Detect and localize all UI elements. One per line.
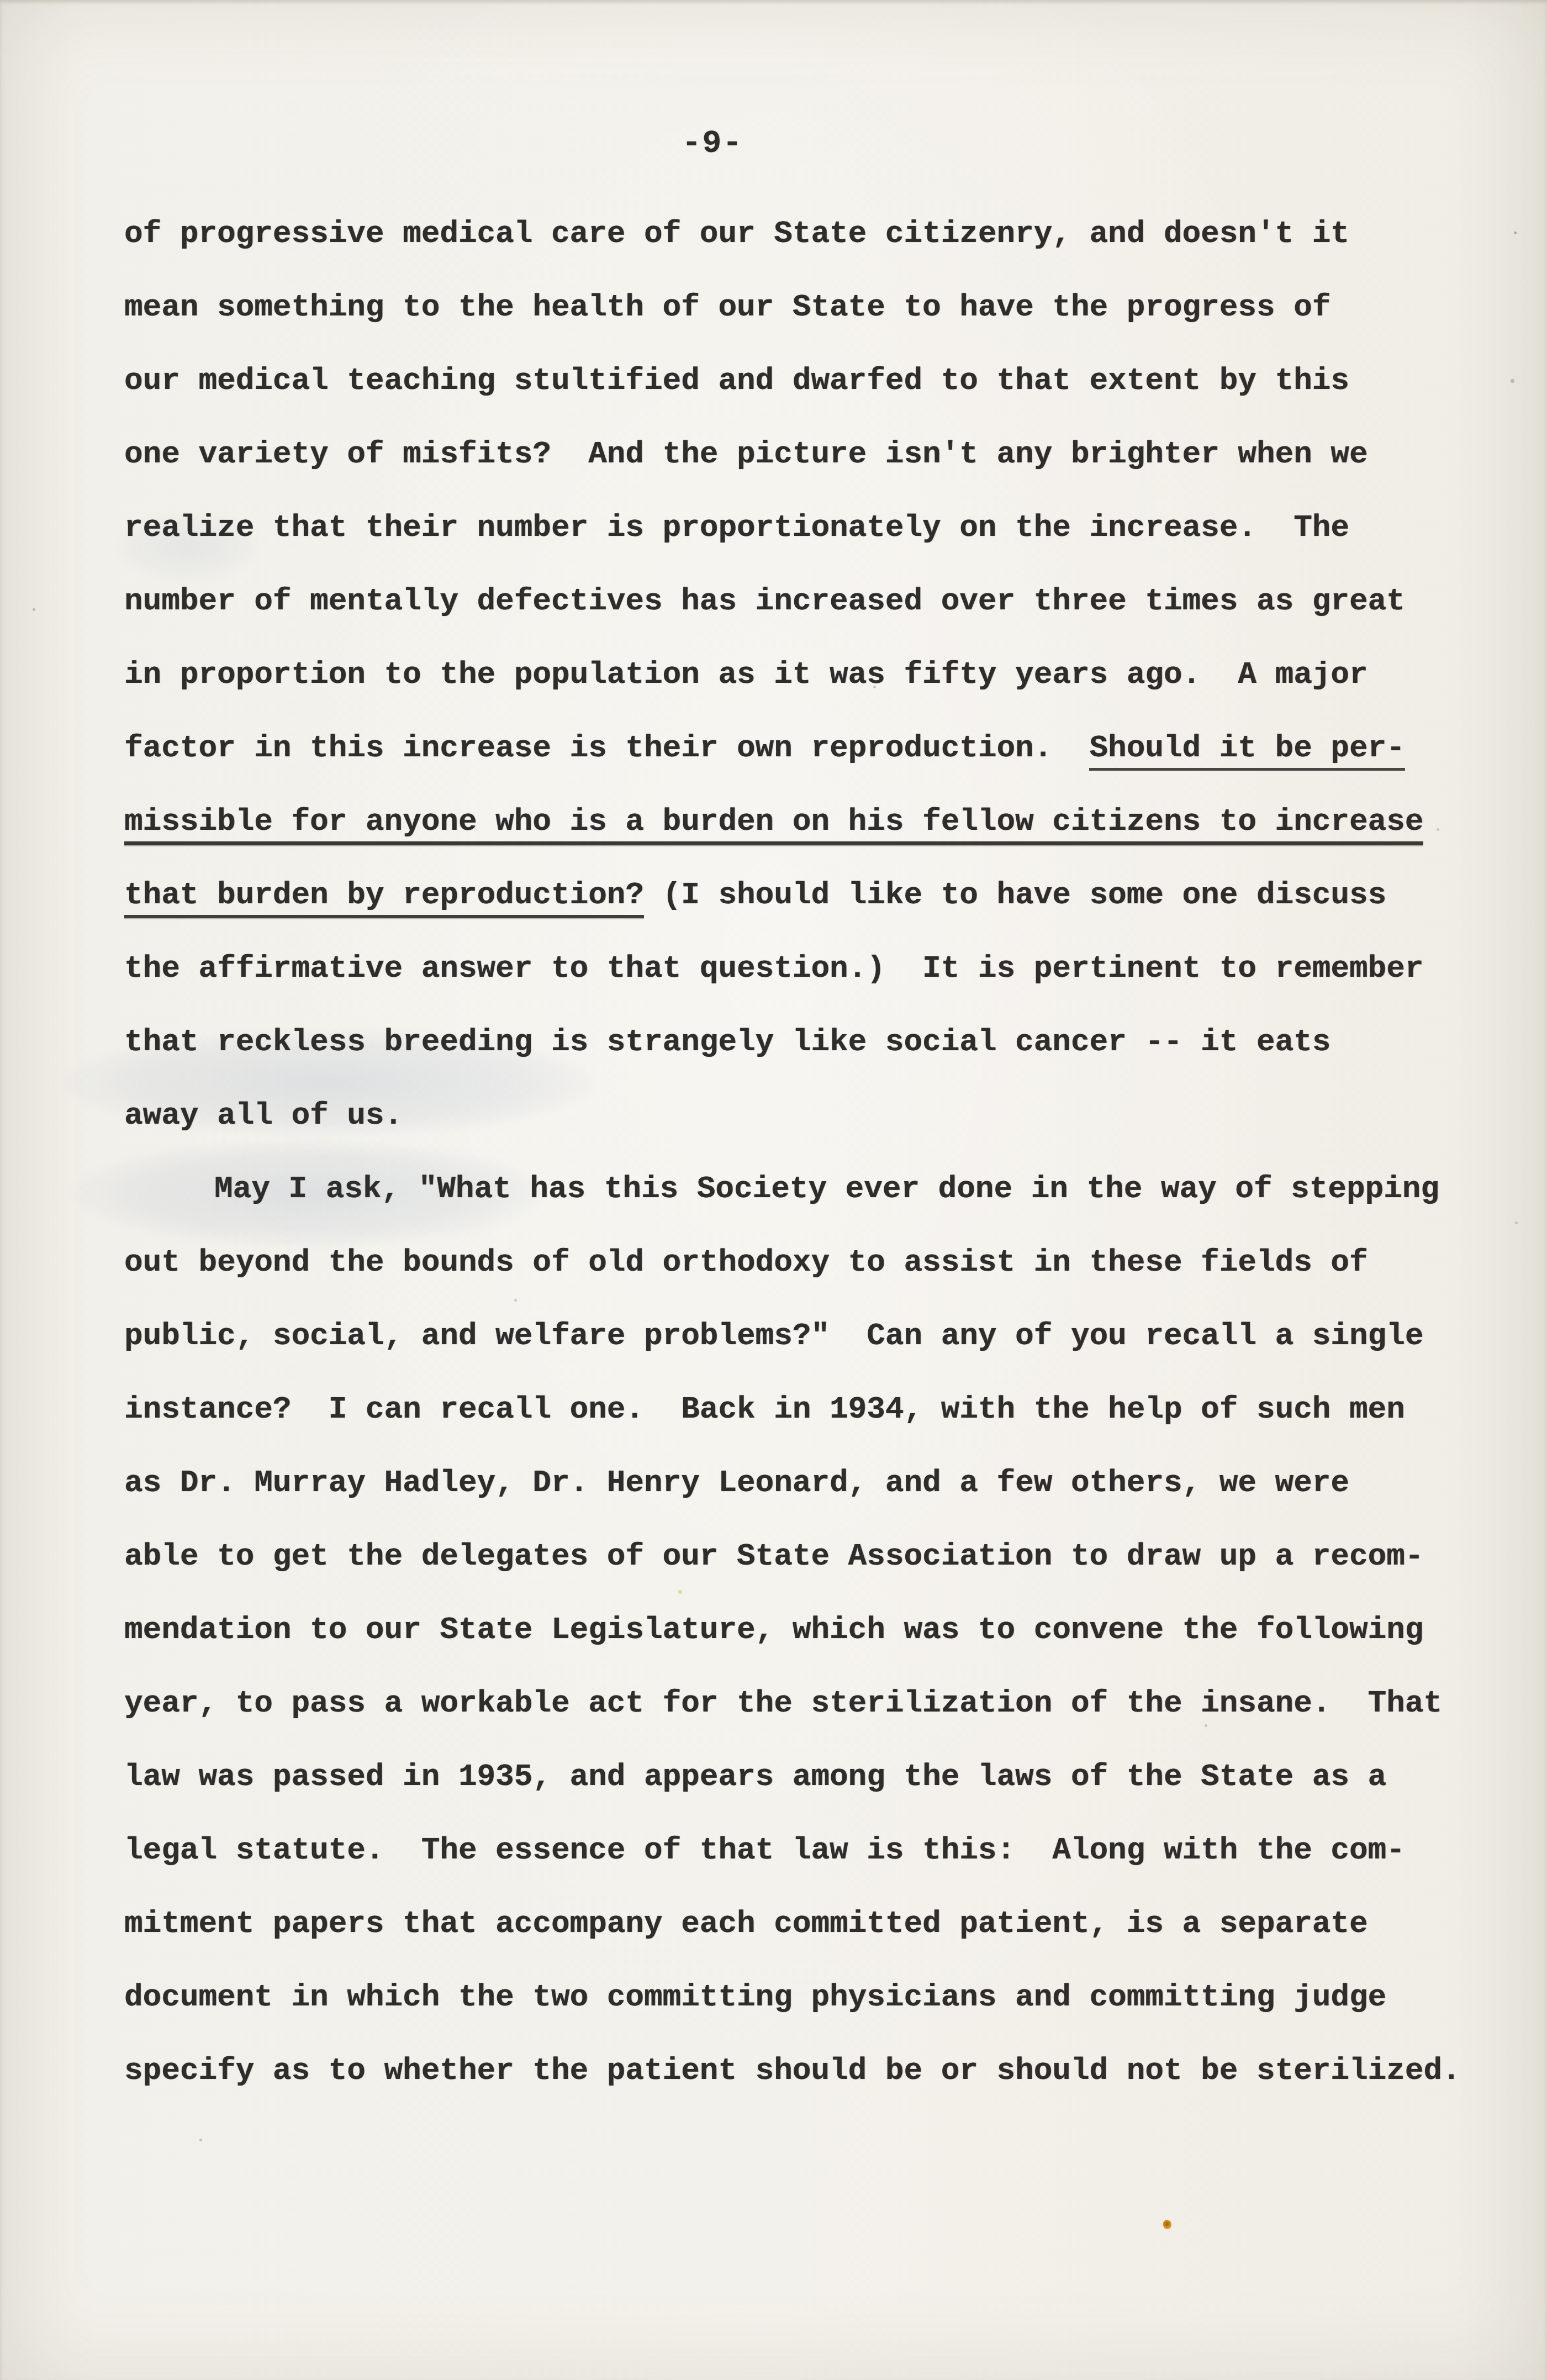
document-page: -9- of progressive medical care of our S…: [0, 0, 1547, 2380]
orange-ink-speck: [1163, 2220, 1171, 2229]
typed-line: specify as to whether the patient should…: [124, 2034, 1494, 2108]
typed-line: law was passed in 1935, and appears amon…: [124, 1740, 1494, 1814]
line-text: number of mentally defectives has increa…: [124, 583, 1405, 619]
typed-line: able to get the delegates of our State A…: [124, 1520, 1494, 1593]
typed-line-paragraph-start: May I ask, "What has this Society ever d…: [124, 1152, 1494, 1226]
underlined-text: missible for anyone who is a burden on h…: [124, 804, 1423, 845]
dust-specks: [0, 0, 2, 2]
underlined-text: that burden by reproduction?: [124, 877, 644, 918]
typed-line: realize that their number is proportiona…: [124, 491, 1494, 565]
typed-line: public, social, and welfare problems?" C…: [124, 1299, 1494, 1373]
line-text: document in which the two committing phy…: [124, 1979, 1386, 2015]
underlined-text: Should it be per-: [1089, 730, 1405, 771]
typed-line: legal statute. The essence of that law i…: [124, 1814, 1494, 1887]
line-text: legal statute. The essence of that law i…: [124, 1833, 1405, 1868]
line-text: year, to pass a workable act for the ste…: [124, 1686, 1442, 1721]
line-text: of progressive medical care of our State…: [124, 216, 1349, 251]
line-text: instance? I can recall one. Back in 1934…: [124, 1392, 1405, 1427]
typed-line: mitment papers that accompany each commi…: [124, 1887, 1494, 1961]
line-text: mendation to our State Legislature, whic…: [124, 1612, 1423, 1647]
typed-line: out beyond the bounds of old orthodoxy t…: [124, 1226, 1494, 1299]
typed-line: that burden by reproduction? (I should l…: [124, 859, 1494, 932]
typed-line: our medical teaching stultified and dwar…: [124, 344, 1494, 418]
line-text: law was passed in 1935, and appears amon…: [124, 1759, 1386, 1794]
typed-line: missible for anyone who is a burden on h…: [124, 785, 1494, 859]
line-text: factor in this increase is their own rep…: [124, 730, 1089, 766]
typed-line: of progressive medical care of our State…: [124, 197, 1494, 271]
line-text: as Dr. Murray Hadley, Dr. Henry Leonard,…: [124, 1465, 1349, 1500]
typed-line: document in which the two committing phy…: [124, 1961, 1494, 2034]
line-text: away all of us.: [124, 1098, 403, 1133]
line-text: in proportion to the population as it wa…: [124, 657, 1368, 692]
typed-line: factor in this increase is their own rep…: [124, 712, 1494, 785]
line-text: able to get the delegates of our State A…: [124, 1539, 1423, 1574]
line-text: the affirmative answer to that question.…: [124, 951, 1423, 986]
line-text: mean something to the health of our Stat…: [124, 289, 1330, 325]
typed-body: of progressive medical care of our State…: [124, 197, 1494, 2108]
line-text: specify as to whether the patient should…: [124, 2053, 1461, 2088]
line-text: that reckless breeding is strangely like…: [124, 1024, 1330, 1060]
typed-line: that reckless breeding is strangely like…: [124, 1005, 1494, 1079]
line-text: out beyond the bounds of old orthodoxy t…: [124, 1245, 1368, 1280]
typed-line: mean something to the health of our Stat…: [124, 271, 1494, 344]
typed-line: as Dr. Murray Hadley, Dr. Henry Leonard,…: [124, 1446, 1494, 1520]
line-text: (I should like to have some one discuss: [644, 877, 1386, 913]
typed-line: year, to pass a workable act for the ste…: [124, 1667, 1494, 1740]
typed-line: the affirmative answer to that question.…: [124, 932, 1494, 1005]
typed-line: one variety of misfits? And the picture …: [124, 418, 1494, 491]
line-text: one variety of misfits? And the picture …: [124, 436, 1368, 472]
line-text: realize that their number is proportiona…: [124, 510, 1349, 545]
line-text: mitment papers that accompany each commi…: [124, 1906, 1368, 1941]
line-text: our medical teaching stultified and dwar…: [124, 363, 1349, 398]
line-text: public, social, and welfare problems?" C…: [124, 1318, 1423, 1354]
typed-line: instance? I can recall one. Back in 1934…: [124, 1373, 1494, 1446]
typed-line: in proportion to the population as it wa…: [124, 638, 1494, 712]
line-text: May I ask, "What has this Society ever d…: [214, 1171, 1439, 1207]
typed-line: mendation to our State Legislature, whic…: [124, 1593, 1494, 1667]
page-number: -9-: [0, 126, 1425, 162]
typed-line: number of mentally defectives has increa…: [124, 565, 1494, 638]
typed-line: away all of us.: [124, 1079, 1494, 1152]
